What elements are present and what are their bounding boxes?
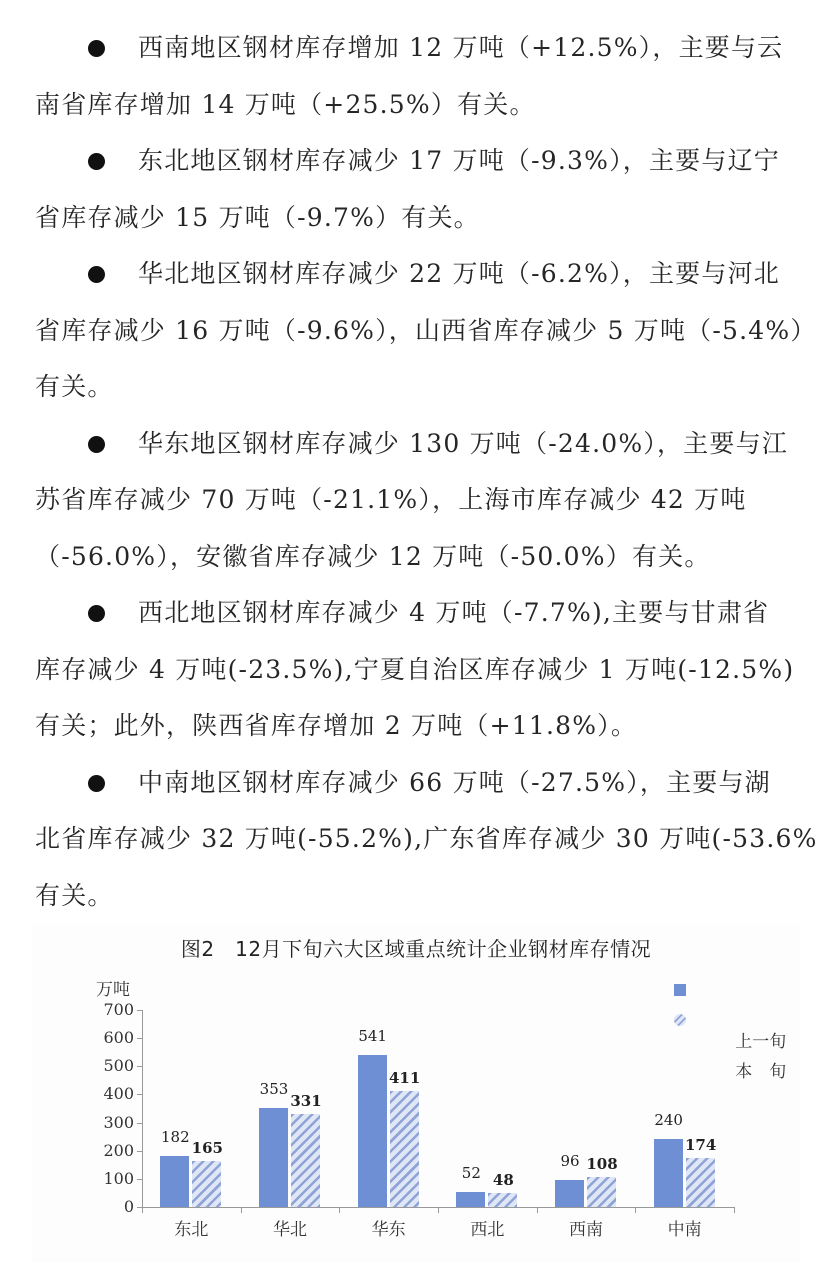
y-tick-mark <box>137 1066 142 1067</box>
bar-current-period <box>390 1091 419 1207</box>
paragraph-first-line: 华东地区钢材库存减少 130 万吨（-24.0%），主要与江 <box>35 416 795 473</box>
x-tick-mark <box>241 1207 242 1213</box>
y-tick-mark <box>137 1123 142 1124</box>
value-label-curr: 165 <box>187 1139 227 1157</box>
paragraph-continuation-line: 南省库存增加 14 万吨（+25.5%）有关。 <box>35 77 795 134</box>
paragraph-continuation-line: （-56.0%），安徽省库存减少 12 万吨（-50.0%）有关。 <box>35 529 795 586</box>
x-category-label: 华东 <box>340 1215 438 1240</box>
y-axis-unit: 万吨 <box>96 975 130 1000</box>
y-tick-label: 300 <box>74 1115 134 1131</box>
bar-prev-period <box>358 1055 387 1207</box>
y-tick-label: 700 <box>74 1002 134 1018</box>
y-tick-mark <box>137 1151 142 1152</box>
paragraph-first-line: 西北地区钢材库存减少 4 万吨（-7.7%),主要与甘肃省 <box>35 585 795 642</box>
bullet-dot-icon <box>88 40 105 57</box>
x-tick-mark <box>635 1207 636 1213</box>
value-label-prev: 240 <box>649 1111 689 1129</box>
value-label-curr: 331 <box>286 1092 326 1110</box>
bullet-paragraph: 东北地区钢材库存减少 17 万吨（-9.3%），主要与辽宁省库存减少 15 万吨… <box>35 133 795 246</box>
paragraph-first-line: 中南地区钢材库存减少 66 万吨（-27.5%），主要与湖 <box>35 755 795 812</box>
y-tick-label: 400 <box>74 1086 134 1102</box>
x-category-label: 西北 <box>438 1215 536 1240</box>
paragraph-first-line: 西南地区钢材库存增加 12 万吨（+12.5%），主要与云 <box>35 20 795 77</box>
x-tick-mark <box>734 1207 735 1213</box>
legend-swatch-solid-icon <box>674 984 686 996</box>
y-axis-line <box>142 1010 143 1207</box>
paragraph-continuation-line: 苏省库存减少 70 万吨（-21.1%），上海市库存减少 42 万吨 <box>35 472 795 529</box>
bar-current-period <box>686 1158 715 1207</box>
bullet-paragraph: 华北地区钢材库存减少 22 万吨（-6.2%），主要与河北省库存减少 16 万吨… <box>35 246 795 416</box>
paragraph-continuation-line: 省库存减少 16 万吨（-9.6%），山西省库存减少 5 万吨（-5.4%） <box>35 303 795 360</box>
paragraph-continuation-line: 有关。 <box>35 359 795 416</box>
y-tick-label: 100 <box>74 1171 134 1187</box>
value-label-curr: 48 <box>483 1171 523 1189</box>
chart-title: 图2 12月下旬六大区域重点统计企业钢材库存情况 <box>32 933 800 962</box>
paragraph-first-line: 华北地区钢材库存减少 22 万吨（-6.2%），主要与河北 <box>35 246 795 303</box>
y-tick-mark <box>137 1179 142 1180</box>
bar-current-period <box>587 1177 616 1207</box>
bullet-dot-icon <box>88 605 105 622</box>
bar-current-period <box>192 1161 221 1207</box>
bullet-paragraph: 华东地区钢材库存减少 130 万吨（-24.0%），主要与江苏省库存减少 70 … <box>35 416 795 586</box>
y-tick-label: 600 <box>74 1030 134 1046</box>
y-tick-label: 500 <box>74 1058 134 1074</box>
y-tick-mark <box>137 1094 142 1095</box>
paragraph-text: 西北地区钢材库存减少 4 万吨（-7.7%),主要与甘肃省 <box>138 598 769 627</box>
bar-prev-period <box>654 1139 683 1207</box>
bar-prev-period <box>456 1192 485 1207</box>
bullet-paragraph: 中南地区钢材库存减少 66 万吨（-27.5%），主要与湖北省库存减少 32 万… <box>35 755 795 925</box>
bar-current-period <box>291 1114 320 1207</box>
paragraph-first-line: 东北地区钢材库存减少 17 万吨（-9.3%），主要与辽宁 <box>35 133 795 190</box>
bar-prev-period <box>555 1180 584 1207</box>
x-tick-mark <box>537 1207 538 1213</box>
x-category-label: 华北 <box>241 1215 339 1240</box>
chart-legend: 上一旬 本 旬 <box>672 977 786 1037</box>
bar-prev-period <box>259 1108 288 1207</box>
bar-chart: 图2 12月下旬六大区域重点统计企业钢材库存情况 万吨 上一旬 本 旬 0100… <box>32 925 800 1262</box>
paragraph-continuation-line: 有关。 <box>35 868 795 925</box>
bullet-paragraph: 西南地区钢材库存增加 12 万吨（+12.5%），主要与云南省库存增加 14 万… <box>35 20 795 133</box>
paragraph-continuation-line: 库存减少 4 万吨(-23.5%),宁夏自治区库存减少 1 万吨(-12.5%) <box>35 642 795 699</box>
paragraph-text: 华北地区钢材库存减少 22 万吨（-6.2%），主要与河北 <box>138 259 780 288</box>
bullet-dot-icon <box>88 436 105 453</box>
x-category-label: 西南 <box>537 1215 635 1240</box>
bullet-dot-icon <box>88 266 105 283</box>
bar-prev-period <box>160 1156 189 1207</box>
y-tick-label: 0 <box>74 1199 134 1215</box>
x-tick-mark <box>142 1207 143 1213</box>
y-tick-label: 200 <box>74 1143 134 1159</box>
paragraph-continuation-line: 省库存减少 15 万吨（-9.7%）有关。 <box>35 190 795 247</box>
paragraph-text: 华东地区钢材库存减少 130 万吨（-24.0%），主要与江 <box>138 429 788 458</box>
value-label-curr: 174 <box>681 1136 721 1154</box>
legend-item-curr: 本 旬 <box>672 1007 786 1037</box>
legend-item-prev: 上一旬 <box>672 977 786 1007</box>
paragraph-continuation-line: 北省库存减少 32 万吨(-55.2%),广东省库存减少 30 万吨(-53.6… <box>35 811 795 868</box>
x-tick-mark <box>339 1207 340 1213</box>
bullet-dot-icon <box>88 775 105 792</box>
legend-swatch-hatched-icon <box>674 1014 686 1026</box>
paragraph-text: 中南地区钢材库存减少 66 万吨（-27.5%），主要与湖 <box>138 768 771 797</box>
y-tick-mark <box>137 1038 142 1039</box>
x-category-label: 中南 <box>636 1215 734 1240</box>
x-tick-mark <box>438 1207 439 1213</box>
legend-label: 本 旬 <box>735 1062 786 1082</box>
paragraph-text: 西南地区钢材库存增加 12 万吨（+12.5%），主要与云 <box>138 33 783 62</box>
bullet-paragraph: 西北地区钢材库存减少 4 万吨（-7.7%),主要与甘肃省库存减少 4 万吨(-… <box>35 585 795 755</box>
value-label-curr: 108 <box>582 1155 622 1173</box>
bar-current-period <box>488 1193 517 1207</box>
y-tick-mark <box>137 1010 142 1011</box>
paragraph-continuation-line: 有关；此外，陕西省库存增加 2 万吨（+11.8%）。 <box>35 698 795 755</box>
x-category-label: 东北 <box>142 1215 240 1240</box>
value-label-prev: 541 <box>353 1027 393 1045</box>
value-label-curr: 411 <box>385 1069 425 1087</box>
bullet-dot-icon <box>88 153 105 170</box>
paragraph-text: 东北地区钢材库存减少 17 万吨（-9.3%），主要与辽宁 <box>138 146 780 175</box>
